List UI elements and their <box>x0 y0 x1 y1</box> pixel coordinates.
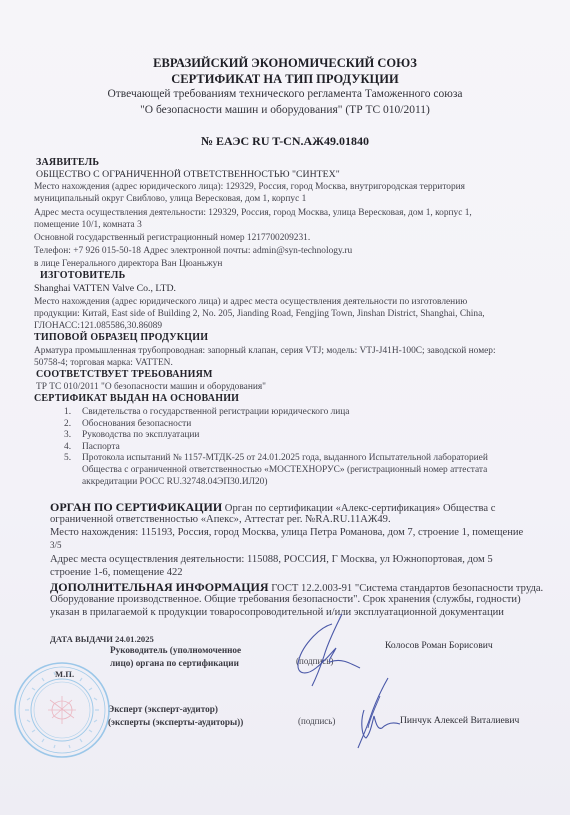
product-line-1: Арматура промышленная трубопроводная: за… <box>34 345 496 357</box>
additional-info-heading: ДОПОЛНИТЕЛЬНАЯ ИНФОРМАЦИЯ <box>50 580 269 594</box>
manufacturer-address-2: продукции: Китай, East side of Building … <box>34 308 485 320</box>
regulation-line: Отвечающей требованиям технического регл… <box>0 88 570 100</box>
expert-signature-icon <box>340 676 420 756</box>
manufacturer-glonass: ГЛОНАСС:121.085586,30.86089 <box>34 320 162 332</box>
certification-body-line-6: строение 1-6, помещение 422 <box>50 567 183 578</box>
manufacturer-address-1: Место нахождения (адрес юридического лиц… <box>34 296 467 308</box>
applicant-legal-address-1: Место нахождения (адрес юридического лиц… <box>34 181 465 193</box>
applicant-representative: в лице Генерального директора Ван Цюаньж… <box>34 258 222 270</box>
regulation-name: "О безопасности машин и оборудования" (Т… <box>0 104 570 116</box>
basis-list-item: 1.Свидетельства о государственной регист… <box>64 406 349 418</box>
manufacturer-name: Shanghai VATTEN Valve Co., LTD. <box>34 283 176 295</box>
product-heading: ТИПОВОЙ ОБРАЗЕЦ ПРОДУКЦИИ <box>34 332 208 343</box>
basis-item-number: 5. <box>64 452 82 464</box>
applicant-activity-address-1: Адрес места осуществления деятельности: … <box>34 207 472 219</box>
additional-info-line-1: ДОПОЛНИТЕЛЬНАЯ ИНФОРМАЦИЯ ГОСТ 12.2.003-… <box>50 580 543 595</box>
applicant-ogrn: Основной государственный регистрационный… <box>34 232 310 244</box>
additional-info-line-3: указан в прилагаемой к продукции товарос… <box>50 607 504 618</box>
conformity-text: ТР ТС 010/2011 "О безопасности машин и о… <box>36 381 266 393</box>
manufacturer-heading: ИЗГОТОВИТЕЛЬ <box>40 270 125 281</box>
basis-item-text: аккредитации РОСС RU.32748.04ЭП30.ИЛ20) <box>82 477 267 487</box>
basis-list-item: 3.Руководства по эксплуатации <box>64 429 199 441</box>
certification-body-name: Орган по сертификации «Алекс-сертификаци… <box>222 503 495 514</box>
basis-item-text: Паспорта <box>82 442 120 452</box>
basis-item-text: Руководства по эксплуатации <box>82 430 199 440</box>
certification-body-line-4: 3/5 <box>50 540 62 550</box>
basis-item-number: 3. <box>64 429 82 441</box>
expert-label-2: (эксперты (эксперты-аудиторы)) <box>108 716 243 729</box>
basis-item-number: 2. <box>64 418 82 430</box>
basis-item-number: 1. <box>64 406 82 418</box>
applicant-legal-address-2: муниципальный округ Свиблово, улица Вере… <box>34 193 306 205</box>
basis-item-text: Обоснования безопасности <box>82 419 191 429</box>
basis-item-text: Общества с ограниченной ответственностью… <box>82 465 487 475</box>
certification-body-heading: ОРГАН ПО СЕРТИФИКАЦИИ <box>50 500 222 514</box>
applicant-contacts: Телефон: +7 926 015-50-18 Адрес электрон… <box>34 245 352 257</box>
certification-body-line-5: Адрес места осуществления деятельности: … <box>50 554 493 565</box>
certificate-title: СЕРТИФИКАТ НА ТИП ПРОДУКЦИИ <box>0 72 570 87</box>
applicant-name: ОБЩЕСТВО С ОГРАНИЧЕННОЙ ОТВЕТСТВЕННОСТЬЮ… <box>36 169 340 181</box>
basis-list-item: аккредитации РОСС RU.32748.04ЭП30.ИЛ20) <box>64 476 267 488</box>
certification-body-line-3: Место нахождения: 115193, Россия, город … <box>50 527 523 538</box>
basis-item-text: Протокола испытаний № 1157-МТДК-25 от 24… <box>82 453 488 463</box>
basis-list-item: 4.Паспорта <box>64 441 120 453</box>
certification-body-line-2: ограниченной ответственностью «Апекс», А… <box>50 514 391 525</box>
certificate-number: № ЕАЭС RU T-CN.АЖ49.01840 <box>0 134 570 149</box>
official-stamp-icon <box>12 660 112 760</box>
basis-heading: СЕРТИФИКАТ ВЫДАН НА ОСНОВАНИИ <box>34 393 239 404</box>
expert-label-1: Эксперт (эксперт-аудитор) <box>108 703 218 716</box>
expert-signature-caption: (подпись) <box>298 715 335 727</box>
additional-info-line-2: Оборудование производственное. Общие тре… <box>50 594 521 605</box>
head-label-1: Руководитель (уполномоченное <box>110 644 241 657</box>
applicant-activity-address-2: помещение 10/1, комната 3 <box>34 219 142 231</box>
applicant-heading: ЗАЯВИТЕЛЬ <box>36 157 99 168</box>
head-label-2: лицо) органа по сертификации <box>110 657 239 670</box>
basis-list-item: Общества с ограниченной ответственностью… <box>64 464 487 476</box>
product-line-2: 50758-4; торговая марка: VATTEN. <box>34 357 173 369</box>
basis-list-item: 5.Протокола испытаний № 1157-МТДК-25 от … <box>64 452 488 464</box>
certification-body-line-1: ОРГАН ПО СЕРТИФИКАЦИИ Орган по сертифика… <box>50 500 495 515</box>
additional-info-standard: ГОСТ 12.2.003-91 "Система стандартов без… <box>269 583 544 594</box>
basis-item-text: Свидетельства о государственной регистра… <box>82 407 349 417</box>
conformity-heading: СООТВЕТСТВУЕТ ТРЕБОВАНИЯМ <box>36 369 213 380</box>
certificate-page: ЕВРАЗИЙСКИЙ ЭКОНОМИЧЕСКИЙ СОЮЗ СЕРТИФИКА… <box>0 0 570 815</box>
basis-list-item: 2.Обоснования безопасности <box>64 418 191 430</box>
head-name: Колосов Роман Борисович <box>385 640 493 652</box>
issue-date: ДАТА ВЫДАЧИ 24.01.2025 <box>50 634 154 644</box>
basis-item-number: 4. <box>64 441 82 453</box>
union-title: ЕВРАЗИЙСКИЙ ЭКОНОМИЧЕСКИЙ СОЮЗ <box>0 56 570 71</box>
